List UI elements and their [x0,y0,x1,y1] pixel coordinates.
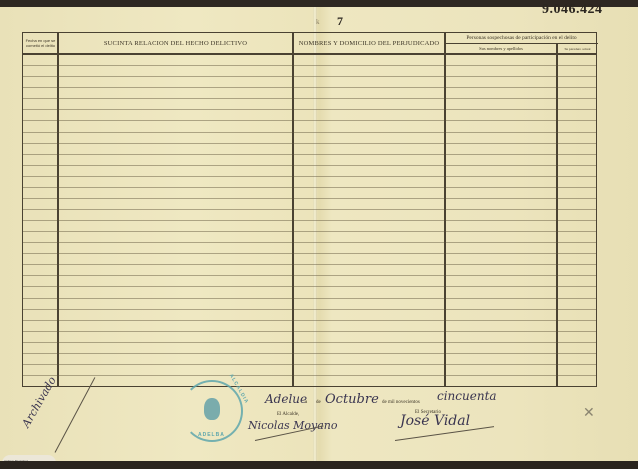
page-number: 7 [337,14,343,29]
table-row-rule [23,353,596,354]
table-row-rule [23,98,596,99]
table-row-rule [23,120,596,121]
header-perjudicado: NOMBRES Y DOMICILIO DEL PERJUDICADO [293,33,445,53]
serial-number: 9.046.424 [542,2,603,18]
label-a: a [305,400,307,405]
cross-mark: ✕ [583,405,595,422]
table-row-rule [23,275,596,276]
table-row-rule [23,109,596,110]
scan-bottom-border [0,461,638,469]
header-bottom-rule [23,53,596,55]
table-row-rule [23,364,596,365]
stamp-emblem-icon [204,398,220,420]
crime-record-table: Fecha en que se cometió el delito SUCINT… [22,32,597,387]
table-row-rule [23,231,596,232]
label-alcalde: El Alcalde, [277,412,299,417]
table-row-rule [23,87,596,88]
header-nombres: Sus nombres y apellidos [445,44,557,53]
table-row-rule [23,264,596,265]
header-personas-group: Personas sospechosas de participación en… [445,33,598,43]
table-row-rule [23,165,596,166]
table-row-rule [23,154,596,155]
label-year-prefix: de mil novecientos [382,400,420,405]
table-row-rule [23,198,596,199]
signature-secretario: José Vidal [400,413,470,429]
table-row-rule [23,375,596,376]
table-row-rule [23,320,596,321]
stamp-text-bottom: ADELBA [198,432,225,438]
table-row-rule [23,65,596,66]
label-de: de [316,400,321,405]
header-fecha: Fecha en que se cometió el delito [23,33,58,53]
small-mark: k [316,18,320,26]
table-row-rule [23,143,596,144]
table-row-rule [23,309,596,310]
handwritten-month: Octubre [325,392,379,407]
table-row-rule [23,220,596,221]
table-row-rule [23,253,596,254]
header-relacion: SUCINTA RELACION DEL HECHO DELICTIVO [58,33,293,53]
table-row-rule [23,176,596,177]
header-paradero: Su paradero actual [557,44,598,53]
table-row-rule [23,342,596,343]
table-row-rule [23,209,596,210]
table-row-rule [23,286,596,287]
table-row-rule [23,187,596,188]
table-row-rule [23,298,596,299]
handwritten-year: cincuenta [437,389,497,403]
column-divider-paradero [556,43,558,386]
signature-alcalde: Nicolas Moyano [248,419,338,432]
table-row-rule [23,242,596,243]
table-row-rule [23,331,596,332]
table-row-rule [23,76,596,77]
table-row-rule [23,132,596,133]
handwritten-place: Adelue [265,392,307,406]
